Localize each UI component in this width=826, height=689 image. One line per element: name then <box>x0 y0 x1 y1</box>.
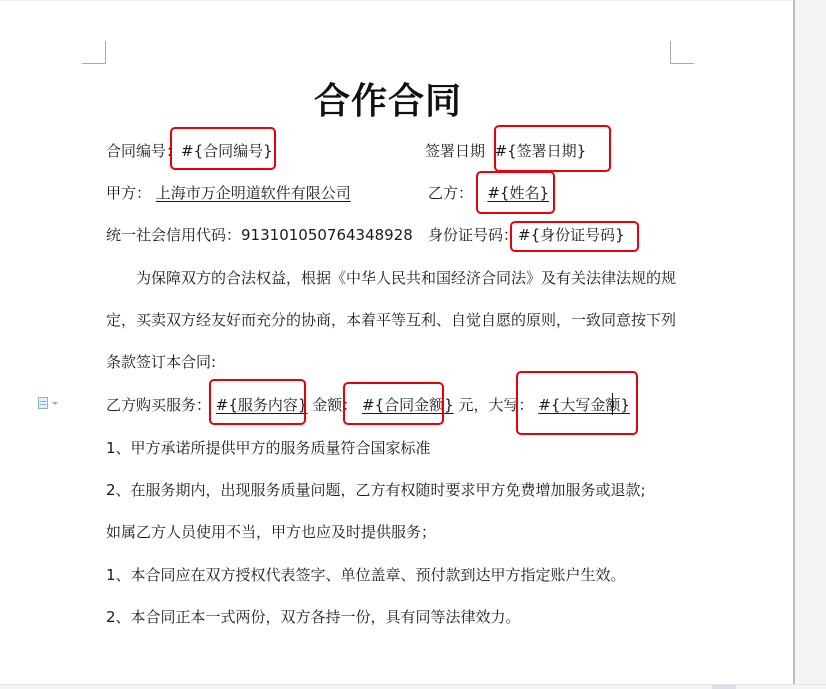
crop-mark-top-left <box>82 41 106 64</box>
id-number-label: 身份证号码： <box>428 226 518 244</box>
horizontal-scrollbar[interactable] <box>0 684 826 689</box>
paragraph-doc-icon <box>38 397 48 409</box>
highlight-contract-no <box>170 127 276 170</box>
chevron-down-icon <box>52 402 58 405</box>
document-page[interactable]: 合作合同 合同编号：#{合同编号} 签署日期 #{签署日期} 甲方： 上海市万企… <box>0 0 793 685</box>
party-a-label: 甲方： <box>106 184 151 202</box>
clause-1: 1、甲方承诺所提供甲方的服务质量符合国家标准 <box>106 438 431 458</box>
right-side-panel <box>795 0 826 684</box>
clause-4: 2、本合同正本一式两份，双方各持一份，具有同等法律效力。 <box>106 607 521 627</box>
horizontal-scrollbar-thumb[interactable] <box>712 685 736 689</box>
preamble-line-1: 为保障双方的合法权益，根据《中华人民共和国经济合同法》及有关法律法规的规 <box>136 268 676 288</box>
credit-code-row: 统一社会信用代码：913101050764348928 <box>106 225 413 245</box>
preamble-line-2: 定，买卖双方经友好而充分的协商，本着平等互利、自觉自愿的原则，一致同意按下列 <box>106 310 676 330</box>
credit-code-label: 统一社会信用代码： <box>106 226 241 244</box>
document-title: 合作合同 <box>0 73 776 124</box>
party-a-value[interactable]: 上海市万企明道软件有限公司 <box>156 184 351 202</box>
clause-3: 1、本合同应在双方授权代表签字、单位盖章、预付款到达甲方指定账户生效。 <box>106 565 626 585</box>
sign-date-label: 签署日期 <box>425 142 485 160</box>
party-a-row: 甲方： 上海市万企明道软件有限公司 <box>106 183 351 203</box>
highlight-sign-date <box>494 125 611 172</box>
credit-code-value[interactable]: 913101050764348928 <box>241 226 413 244</box>
purchase-label: 乙方购买服务： <box>106 396 211 414</box>
highlight-party-b <box>476 171 555 214</box>
highlight-amount-upper <box>516 371 638 435</box>
preamble-line-3: 条款签订本合同: <box>106 352 216 372</box>
crop-mark-top-right <box>670 41 694 64</box>
highlight-service <box>209 379 306 425</box>
party-b-label: 乙方： <box>428 184 473 202</box>
highlight-id-number <box>510 221 639 252</box>
paragraph-options-button[interactable] <box>38 396 66 410</box>
highlight-amount <box>343 382 444 425</box>
clause-2: 2、在服务期内，出现服务质量问题，乙方有权随时要求甲方免费增加服务或退款; <box>106 480 646 500</box>
clause-2-cont: 如属乙方人员使用不当，甲方也应及时提供服务； <box>106 522 436 542</box>
